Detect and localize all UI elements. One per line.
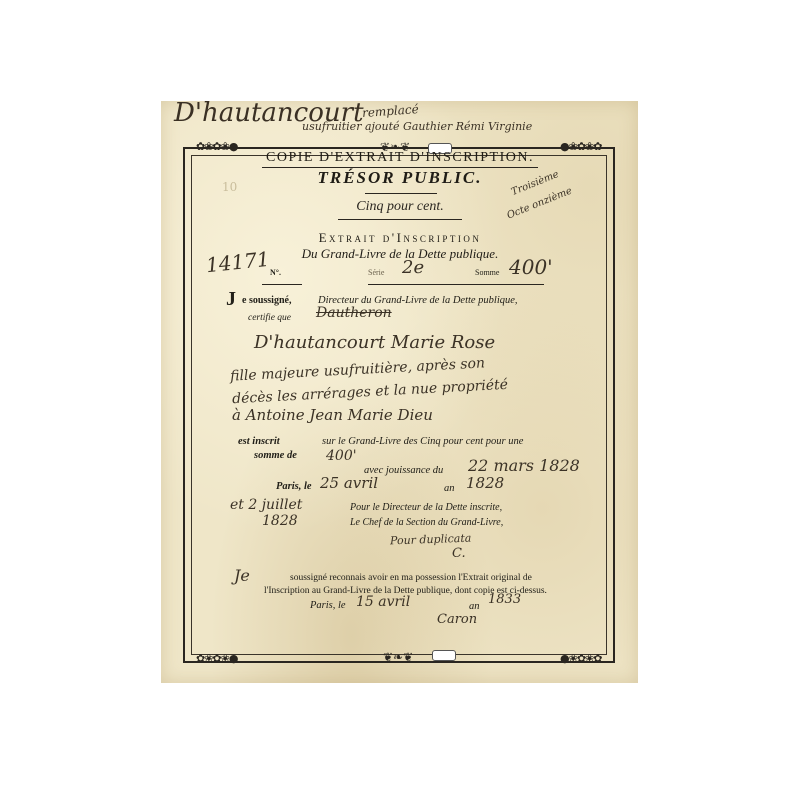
receipt-an-label: an — [469, 601, 480, 612]
grand-livre-text: sur le Grand-Livre des Cinq pour cent po… — [322, 436, 523, 447]
margin-left-faint-note: 10 — [222, 180, 237, 194]
top-annotation-line2: usufruitier ajouté Gauthier Rémi Virgini… — [302, 120, 532, 133]
date-year: 1828 — [466, 474, 504, 492]
holder-line-1: D'hautancourt Marie Rose — [254, 332, 495, 353]
signature-initial: C. — [452, 546, 466, 561]
margin-date-line-1: et 2 juillet — [230, 497, 302, 513]
receipt-line-1: soussigné reconnais avoir en ma possessi… — [290, 573, 532, 583]
holder-line-4: à Antoine Jean Marie Dieu — [232, 406, 433, 424]
receipt-paris-le: Paris, le — [310, 600, 346, 611]
serie-field-line — [368, 284, 474, 285]
jouissance-date: 22 mars 1828 — [468, 456, 580, 475]
somme-de-label: somme de — [254, 450, 297, 461]
amount-value: 400' — [326, 448, 357, 464]
serie-label: Série — [368, 268, 384, 277]
est-inscrit: est inscrit — [238, 436, 280, 447]
no-label: N°. — [270, 268, 281, 277]
signature-line-2: Le Chef de la Section du Grand-Livre, — [350, 517, 503, 528]
somme-value: 400' — [509, 255, 553, 279]
ornament-corner-bottom-left: ✿❀✿❀● — [196, 653, 237, 664]
receipt-signature: Caron — [437, 612, 477, 627]
no-field-line — [262, 284, 302, 285]
document-title: COPIE D'EXTRAIT D'INSCRIPTION. — [0, 150, 800, 166]
intro-text: e soussigné, — [242, 295, 291, 306]
receipt-day: 15 avril — [356, 594, 410, 610]
tresor-public-heading: TRÉSOR PUBLIC. — [0, 168, 800, 188]
ornament-corner-bottom-right: ●❀✿❀✿ — [560, 653, 601, 664]
struck-name: Dautheron — [316, 305, 392, 321]
receipt-drop: Je — [234, 566, 250, 585]
an-label: an — [444, 483, 455, 494]
extrait-title: Extrait d'Inscription — [0, 230, 800, 246]
serie-value: 2e — [402, 257, 424, 278]
divider-swash — [338, 219, 462, 220]
receipt-year: 1833 — [488, 592, 521, 607]
somme-label: Somme — [475, 268, 499, 277]
ornament-bottom-center: ❦❧❦ — [383, 650, 413, 664]
date-day: 25 avril — [320, 474, 378, 492]
somme-field-line — [472, 284, 544, 285]
margin-date-line-2: 1828 — [262, 513, 298, 529]
paper-tear-bottom — [432, 650, 456, 661]
extrait-subtitle: Du Grand-Livre de la Dette publique. — [0, 246, 800, 262]
divider-rule — [365, 193, 437, 194]
intro-drop-cap: J — [226, 288, 236, 311]
certifie-que: certifie que — [248, 313, 291, 323]
paris-le-label: Paris, le — [276, 481, 312, 492]
rate-label: Cinq pour cent. — [0, 199, 800, 215]
signature-line-1: Pour le Directeur de la Dette inscrite, — [350, 502, 502, 513]
